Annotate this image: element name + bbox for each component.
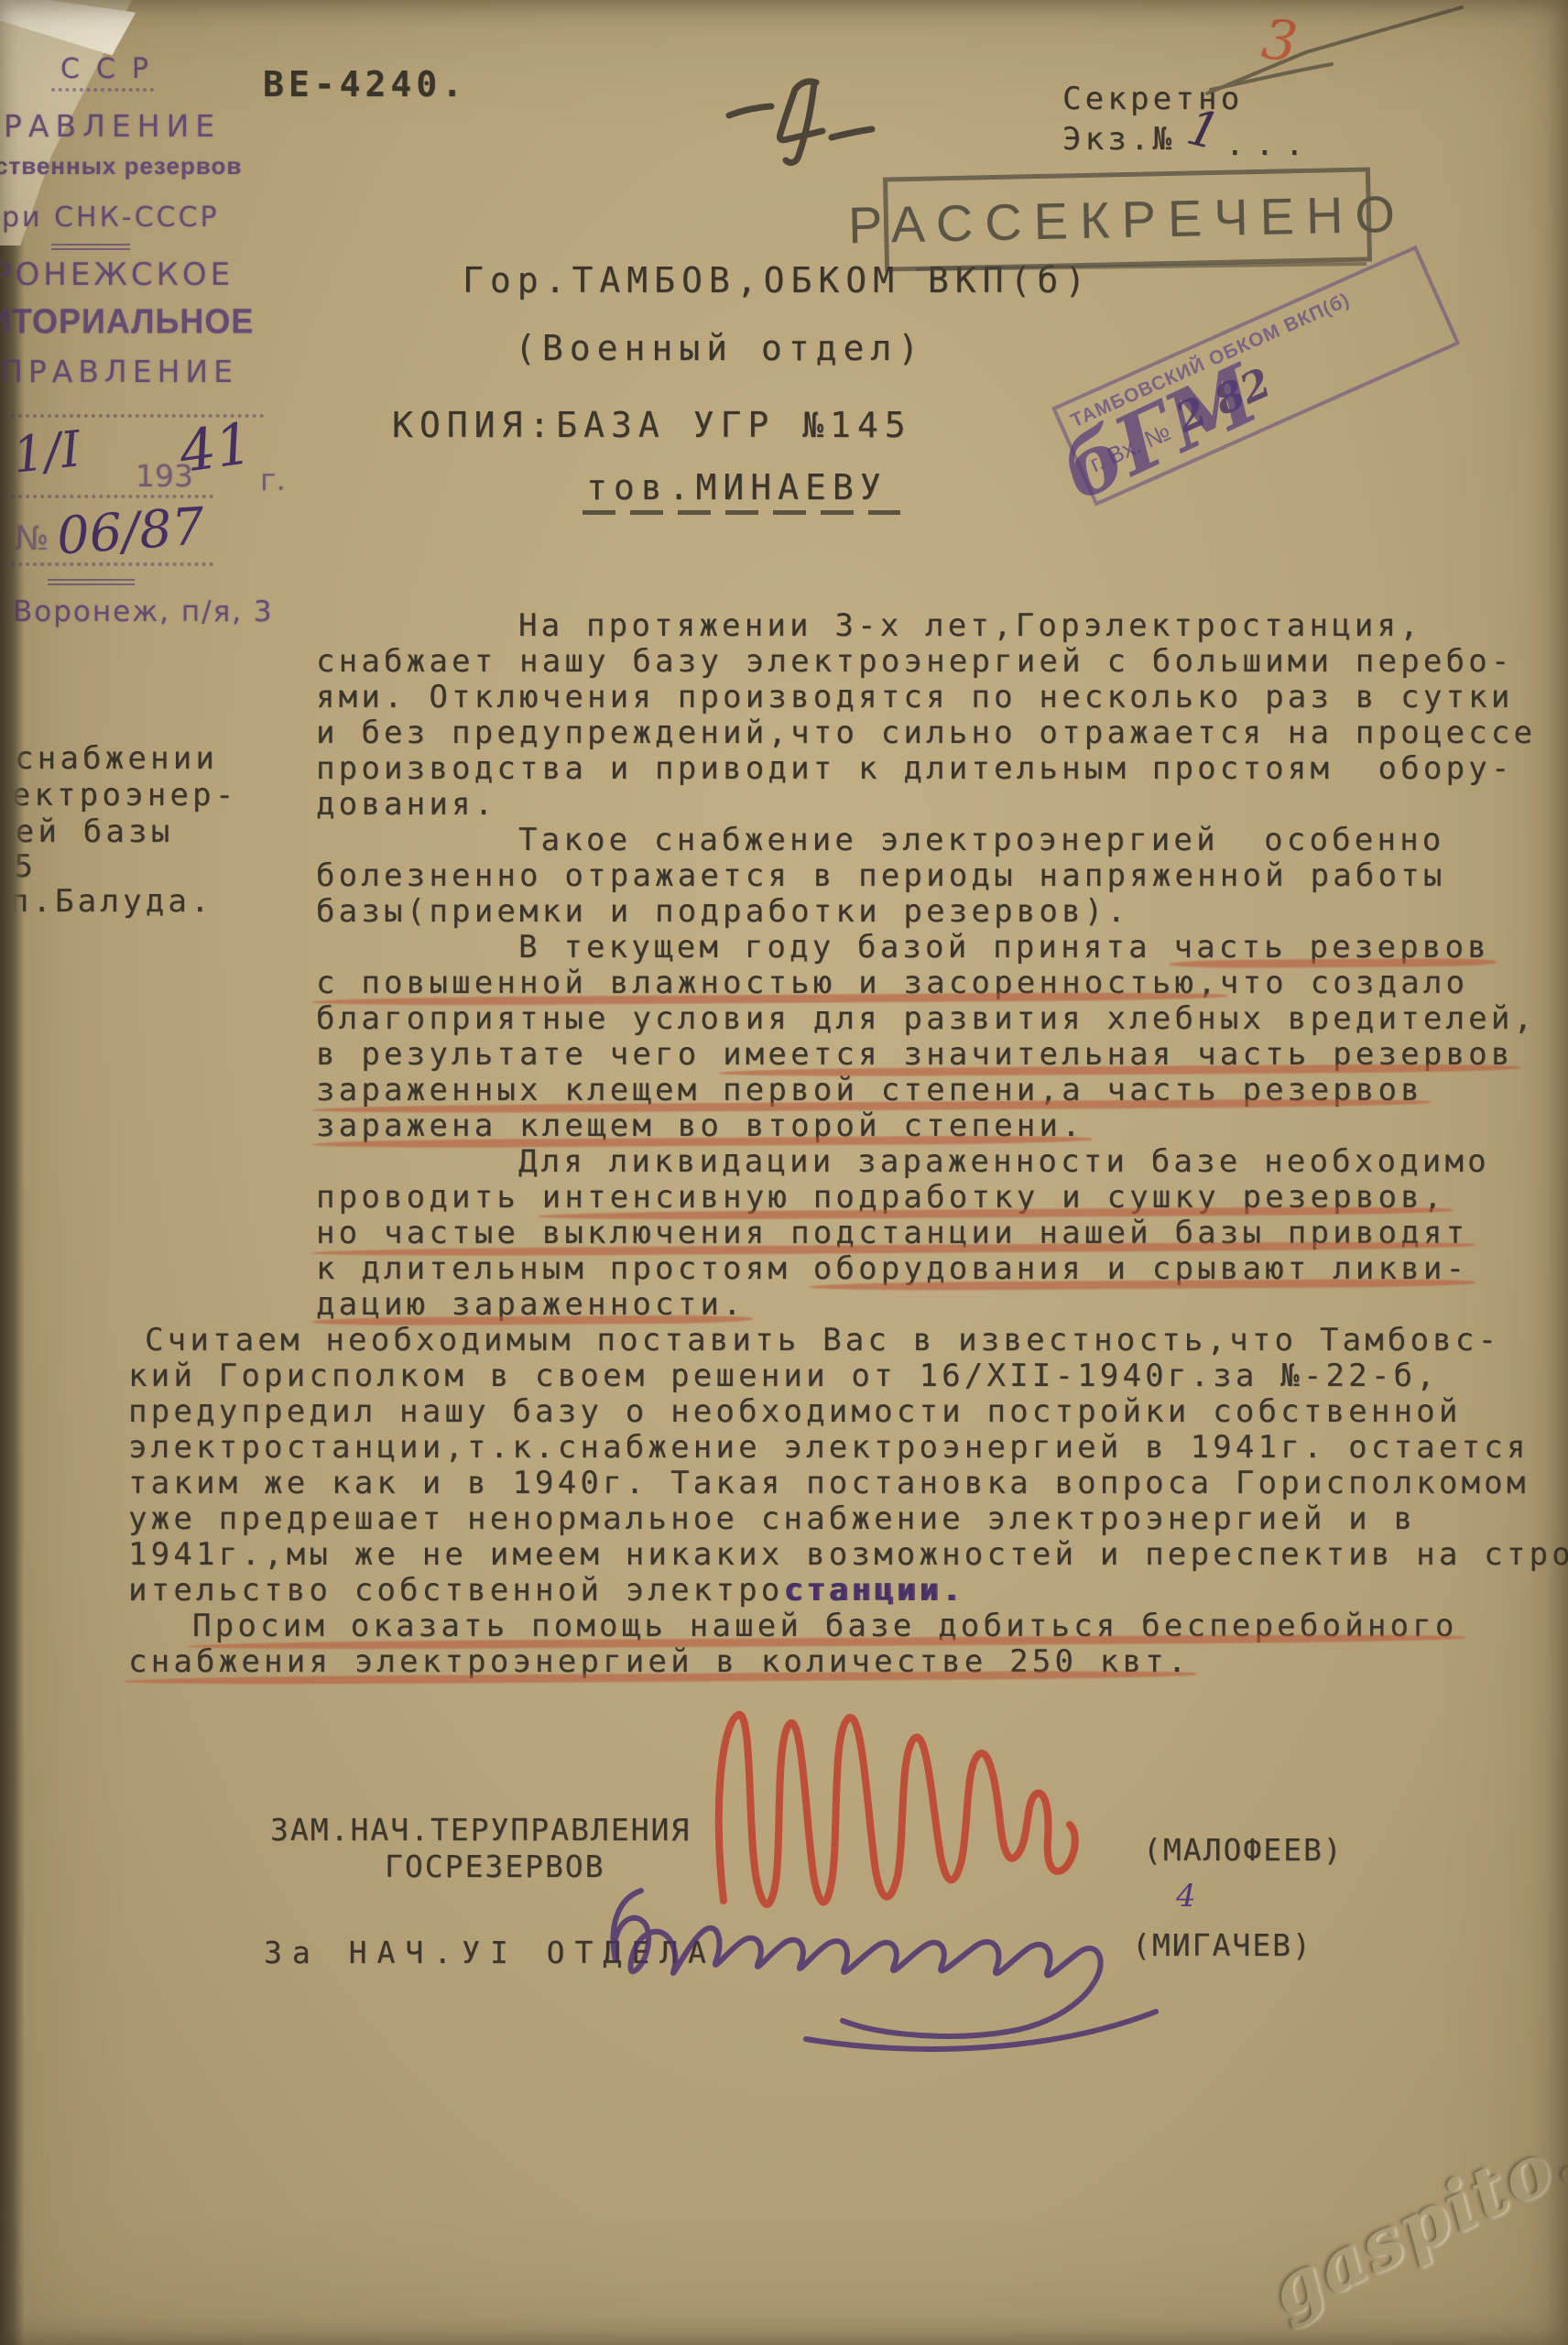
body-text: базы(приемки и подработки резервов).	[316, 893, 1129, 930]
body-line: производства и приводит к длительным про…	[316, 751, 1536, 787]
letterhead-line: ССР	[60, 53, 165, 85]
red-underlined-text: заражена клещем во второй степени.	[316, 1107, 1084, 1144]
purple-check-mark: 4	[1176, 1878, 1196, 1914]
signer1-role-line2: ГОСРЕЗЕРВОВ	[385, 1849, 605, 1884]
letterhead-line: ри СНК-СССР	[2, 202, 220, 234]
copy-dots: ...	[1225, 126, 1314, 163]
date-day-handwritten: 1/I	[10, 420, 83, 484]
body-text: к длительным простоям	[316, 1250, 813, 1287]
signer1-role-line1: ЗАМ.НАЧ.ТЕРУПРАВЛЕНИЯ	[270, 1812, 691, 1848]
body-text: уже предрешает ненормальное снабжение эл…	[128, 1500, 1416, 1537]
body-text: благоприятные условия для развития хлебн…	[316, 1000, 1536, 1037]
letterhead-line: РАВЛЕНИЕ	[4, 108, 221, 144]
body-line: проводить интенсивную подработку и сушку…	[316, 1180, 1536, 1216]
body-text: ительство собственной электро	[128, 1572, 783, 1609]
date-g-label: г.	[260, 462, 286, 497]
date-year-handwritten: 41	[175, 409, 256, 485]
overstruck-text: станции.	[783, 1572, 964, 1609]
body-line: Просим оказать помощь нашей базе добитьс…	[128, 1609, 1458, 1644]
body-text: проводить	[316, 1179, 542, 1216]
pencil-check-mark	[1207, 7, 1462, 93]
watermark: gaspito.ru	[1257, 2073, 1568, 2332]
scanned-document-page: ССР РАВЛЕНИЕ ственных резервов ри СНК-СС…	[0, 0, 1568, 2345]
body-column-closing: Просим оказать помощь нашей базе добитьс…	[128, 1609, 1458, 1680]
copy-label: Экз.№	[1062, 121, 1175, 158]
body-line: таким же как и в 1940г. Такая постановка…	[128, 1466, 1568, 1501]
body-column-wide: Считаем необходимым поставить Вас в изве…	[128, 1323, 1568, 1609]
red-underlined-text: имеется значительная часть резервов	[723, 1036, 1513, 1073]
body-line: 1941г.,мы же не имеем никаких возможност…	[128, 1537, 1568, 1573]
body-text: В текущем году базой принята	[518, 929, 1173, 965]
body-line: На протяжении 3-х лет,Горэлектростанция,	[316, 608, 1536, 644]
margin-note-line: лектроэнер-	[0, 777, 237, 813]
letterhead-line: ственных резервов	[0, 152, 242, 180]
body-line: базы(приемки и подработки резервов).	[316, 894, 1536, 930]
body-text: предупредил нашу базу о необходимости по…	[128, 1393, 1462, 1430]
outgoing-number-handwritten: 06/87	[55, 496, 207, 566]
letterhead-line: РОНЕЖСКОЕ	[0, 256, 234, 293]
body-text: 1941г.,мы же не имеем никаких возможност…	[128, 1536, 1568, 1573]
red-underlined-text: дацию зараженности.	[316, 1286, 746, 1323]
body-line: и без предупреждений,что сильно отражает…	[316, 715, 1536, 751]
signer2-role: За НАЧ.УI ОТДЕЛА	[264, 1935, 716, 1970]
address-line-recipient: тов.МИНАЕВУ	[586, 467, 887, 507]
body-text: производства и приводит к длительным про…	[316, 750, 1514, 787]
body-text: и без предупреждений,что сильно отражает…	[316, 714, 1536, 751]
body-text: ями. Отключения производятся по нескольк…	[316, 679, 1514, 715]
margin-note-line: снабжении	[15, 740, 218, 777]
red-underlined-text: снабжения электроэнергией в количестве 2…	[128, 1643, 1190, 1680]
body-line: уже предрешает ненормальное снабжение эл…	[128, 1501, 1568, 1537]
page-number-handwritten	[729, 82, 872, 163]
body-line: в результате чего имеется значительная ч…	[316, 1037, 1536, 1073]
body-line: Для ликвидации зараженности базе необход…	[316, 1144, 1536, 1180]
red-underlined-text: Просим оказать помощь нашей базе добитьс…	[192, 1608, 1458, 1644]
body-column-narrow: На протяжении 3-х лет,Горэлектростанция,…	[316, 608, 1536, 1323]
body-line: Такое снабжение электроэнергией особенно	[316, 823, 1536, 858]
body-line: заражена клещем во второй степени.	[316, 1108, 1536, 1144]
body-text: таким же как и в 1940г. Такая постановка…	[128, 1465, 1530, 1501]
body-line: дования.	[316, 787, 1536, 823]
red-underlined-text: зараженных клещем первой степени,а часть…	[316, 1072, 1423, 1108]
margin-note-line: сп.Балуда.	[0, 883, 213, 920]
letterhead-city-line: Воронеж, п/я, 3	[13, 595, 274, 628]
letterhead-underline	[51, 88, 154, 92]
body-line: электростанции,т.к.снабжение электроэнер…	[128, 1430, 1568, 1466]
letterhead-divider	[51, 244, 130, 250]
letterhead-divider	[48, 579, 135, 585]
body-line: болезненно отражается в периоды напряжен…	[316, 858, 1536, 894]
red-underlined-text: интенсивную подработку и сушку резервов,	[542, 1179, 1446, 1216]
red-underlined-text: оборудования и срывают ликви-	[813, 1250, 1468, 1287]
body-line: к длительным простоям оборудования и сры…	[316, 1251, 1536, 1287]
number-label: №	[15, 520, 49, 558]
signer1-name: (МАЛОФЕЕВ)	[1143, 1832, 1344, 1868]
address-line-copy: КОПИЯ:БАЗА УГР №145	[392, 405, 912, 445]
body-text: На протяжении 3-х лет,Горэлектростанция,	[518, 607, 1422, 644]
body-text: Для ликвидации зараженности базе необход…	[518, 1143, 1490, 1180]
body-text: кий Горисполком в своем решении от 16/XI…	[128, 1358, 1439, 1394]
body-text: снабжает нашу базу электроэнергией с бол…	[316, 643, 1514, 680]
red-underlined-text: с повышенной влажностью и засоренностью,	[316, 965, 1220, 1001]
body-text: Такое снабжение электроэнергией особенно	[518, 822, 1444, 858]
body-line: с повышенной влажностью и засоренностью,…	[316, 965, 1536, 1001]
body-line: снабжения электроэнергией в количестве 2…	[128, 1644, 1458, 1680]
declassified-stamp-text: РАССЕКРЕЧЕНО	[847, 184, 1407, 256]
letterhead-line: ИТОРИАЛЬНОЕ	[0, 301, 254, 342]
body-line: снабжает нашу базу электроэнергией с бол…	[316, 644, 1536, 680]
body-line: ями. Отключения производятся по нескольк…	[316, 680, 1536, 715]
body-line: благоприятные условия для развития хлебн…	[316, 1001, 1536, 1037]
red-underlined-text: часть резервов	[1173, 929, 1489, 965]
address-line-department: (Военный отдел)	[515, 328, 925, 368]
declassified-stamp: РАССЕКРЕЧЕНО	[883, 167, 1372, 271]
body-line: предупредил нашу базу о необходимости по…	[128, 1394, 1568, 1430]
body-line: но частые выключения подстанции нашей ба…	[316, 1216, 1536, 1251]
body-text: дования.	[316, 786, 496, 823]
letterhead-stamp: ССР РАВЛЕНИЕ ственных резервов ри СНК-СС…	[0, 0, 311, 696]
signer2-name: (МИГАЧЕВ)	[1132, 1927, 1312, 1963]
body-line: ительство собственной электростанции.	[128, 1573, 1568, 1609]
body-line: зараженных клещем первой степени,а часть…	[316, 1073, 1536, 1108]
body-text: в результате чего	[316, 1036, 723, 1073]
body-line: Считаем необходимым поставить Вас в изве…	[128, 1323, 1568, 1358]
body-text: болезненно отражается в периоды напряжен…	[316, 857, 1446, 894]
red-underlined-text: но частые выключения подстанции нашей ба…	[316, 1215, 1468, 1251]
body-line: дацию зараженности.	[316, 1287, 1536, 1323]
red-page-mark-handwritten: 3	[1258, 7, 1301, 75]
body-line: В текущем году базой принята часть резер…	[316, 930, 1536, 965]
body-text: электростанции,т.к.снабжение электроэнер…	[128, 1429, 1530, 1466]
margin-note-line: ией базы	[0, 813, 173, 850]
letterhead-line: ПРАВЛЕНИЕ	[0, 354, 238, 389]
body-text: что создало	[1220, 965, 1468, 1001]
document-number: ВЕ-4240.	[263, 64, 467, 104]
signature1-red-ink	[719, 1715, 1075, 1904]
body-text: Считаем необходимым поставить Вас в изве…	[145, 1322, 1500, 1358]
address-line-city: Гор.ТАМБОВ,ОБКОМ ВКП(б)	[463, 260, 1092, 300]
body-line: кий Горисполком в своем решении от 16/XI…	[128, 1358, 1568, 1394]
